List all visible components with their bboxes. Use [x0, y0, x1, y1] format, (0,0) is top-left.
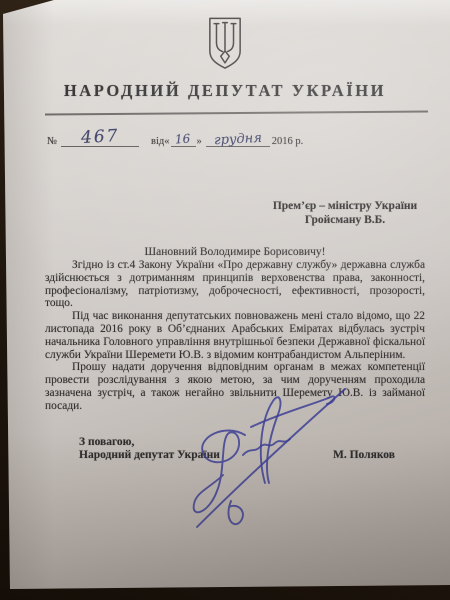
date-day-field: 16	[171, 132, 196, 147]
date-month-handwritten: грудня	[214, 131, 263, 148]
addressee-block: Прем’єр – міністру України Гройсману В.Б…	[266, 199, 424, 227]
handwritten-signature-icon	[179, 387, 347, 537]
date-month-field: грудня	[206, 131, 270, 147]
addressee-line2: Гройсману В.Б.	[266, 213, 424, 227]
doc-number-field: 467	[61, 126, 139, 147]
letter-sheet: НАРОДНИЙ ДЕПУТАТ УКРАЇНИ № 467 від « 16 …	[0, 0, 450, 600]
doc-number-label: №	[47, 136, 57, 147]
salutation: Шановний Володимире Борисовичу!	[45, 246, 425, 258]
tryzub-coat-of-arms-icon	[206, 17, 244, 75]
date-from-label: від	[151, 136, 164, 147]
doc-number-handwritten: 467	[80, 126, 119, 148]
date-year-label: 2016 р.	[272, 136, 304, 147]
date-day-handwritten: 16	[175, 131, 191, 146]
letterhead-divider	[45, 110, 428, 115]
quote-close: »	[197, 136, 202, 147]
addressee-line1: Прем’єр – міністру України	[266, 199, 424, 213]
signoff-closing: З повагою,	[79, 436, 134, 448]
photo-background: НАРОДНИЙ ДЕПУТАТ УКРАЇНИ № 467 від « 16 …	[0, 0, 450, 600]
paragraph-1: Згідно із ст.4 Закону України «Про держа…	[45, 259, 425, 310]
letterhead-title: НАРОДНИЙ ДЕПУТАТ УКРАЇНИ	[0, 81, 450, 101]
quote-open: «	[164, 136, 169, 147]
reference-line: № 467 від « 16 » грудня 2016 р.	[47, 126, 303, 147]
paragraph-2: Під час виконання депутатських повноваже…	[45, 310, 425, 361]
